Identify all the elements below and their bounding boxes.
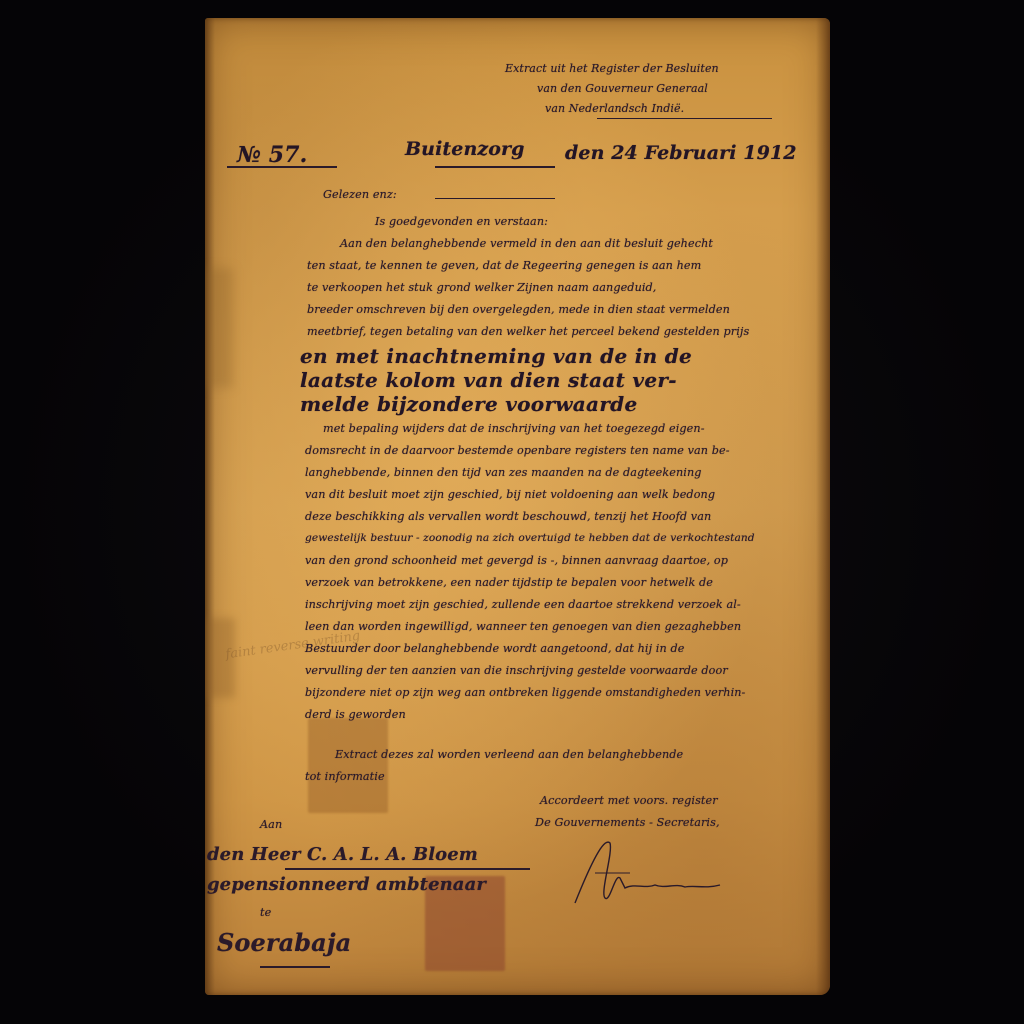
addressee-title: gepensionneerd ambtenaar <box>207 874 486 895</box>
body-line-13: verzoek van betrokkene, een nader tijdst… <box>305 576 713 589</box>
place-name: Buitenzorg <box>405 138 525 160</box>
addressee-name-underline <box>285 868 530 870</box>
body-inserted-line-1: en met inachtneming van de in de <box>300 344 692 368</box>
body-line-8: langhebbende, binnen den tijd van zes ma… <box>305 466 702 479</box>
stain-patch-upper <box>308 718 388 813</box>
body-line-6: met bepaling wijders dat de inschrijving… <box>323 422 705 435</box>
date-text: den 24 Februari 1912 <box>565 142 797 164</box>
preamble: Is goedgevonden en verstaan: <box>375 215 548 228</box>
header-line-2: van den Gouverneur Generaal <box>537 82 708 95</box>
body-line-1: Aan den belanghebbende vermeld in den aa… <box>340 237 713 250</box>
addressee-city: Soerabaja <box>217 928 351 957</box>
document-paper: faint reverse writing Extract uit het Re… <box>205 18 830 995</box>
closing-line-1: Extract dezes zal worden verleend aan de… <box>335 748 683 761</box>
decree-number: № 57. <box>237 142 307 168</box>
body-line-9: van dit besluit moet zijn geschied, bij … <box>305 488 715 501</box>
body-inserted-line-2: laatste kolom van dien staat ver- <box>300 368 677 392</box>
stain-left-upper <box>205 268 233 388</box>
body-line-7: domsrecht in de daarvoor bestemde openba… <box>305 444 730 457</box>
gelezen-label: Gelezen enz: <box>323 188 397 201</box>
body-line-3: te verkoopen het stuk grond welker Zijne… <box>307 281 656 294</box>
body-inserted-line-3: melde bijzondere voorwaarde <box>300 392 637 416</box>
addressee-aan: Aan <box>260 818 282 831</box>
body-line-4: breeder omschreven bij den overgelegden,… <box>307 303 730 316</box>
body-line-10: deze beschikking als vervallen wordt bes… <box>305 510 711 523</box>
body-line-17: vervulling der ten aanzien van die insch… <box>305 664 728 677</box>
body-line-5: meetbrief, tegen betaling van den welker… <box>307 325 749 338</box>
addressee-te: te <box>260 906 271 919</box>
header-line-1: Extract uit het Register der Besluiten <box>505 62 719 75</box>
body-line-19: derd is geworden <box>305 708 406 721</box>
body-line-11: gewestelijk bestuur - zoonodig na zich o… <box>305 532 755 544</box>
body-line-14: inschrijving moet zijn geschied, zullend… <box>305 598 741 611</box>
certification-line-1: Accordeert met voors. register <box>540 794 718 807</box>
addressee-city-underline <box>260 966 330 968</box>
gelezen-blank-line <box>435 198 555 199</box>
certification-line-2: De Gouvernements - Secretaris, <box>535 816 720 829</box>
addressee-name: den Heer C. A. L. A. Bloem <box>207 844 478 865</box>
body-line-2: ten staat, te kennen te geven, dat de Re… <box>307 259 701 272</box>
body-line-12: van den grond schoonheid met gevergd is … <box>305 554 728 567</box>
body-line-16: Bestuurder door belanghebbende wordt aan… <box>305 642 684 655</box>
body-line-15: leen dan worden ingewilligd, wanneer ten… <box>305 620 741 633</box>
header-underline <box>597 118 772 119</box>
paper-edge-shadow <box>816 18 830 995</box>
place-underline <box>435 166 555 168</box>
body-line-18: bijzondere niet op zijn weg aan ontbreke… <box>305 686 745 699</box>
number-underline <box>227 166 337 168</box>
header-line-3: van Nederlandsch Indië. <box>545 102 684 115</box>
photo-stage: faint reverse writing Extract uit het Re… <box>0 0 1024 1024</box>
signature-mark <box>555 833 735 913</box>
closing-line-2: tot informatie <box>305 770 385 783</box>
